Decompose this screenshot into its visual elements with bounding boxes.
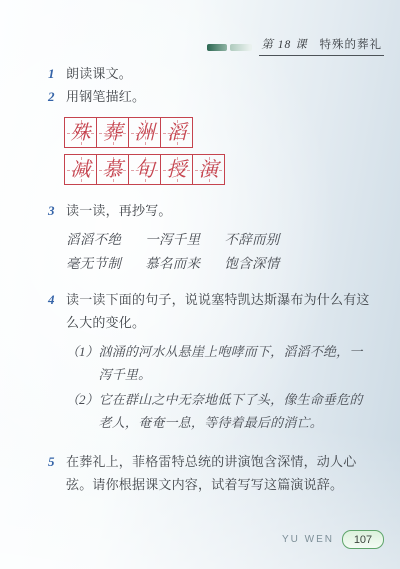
sentence-1-number: （1） — [66, 340, 99, 386]
word-item: 不辞而别 — [224, 228, 279, 252]
exercise-5: 5 在葬礼上，菲格雷特总统的讲演饱含深情，动人心弦。请你根据课文内容，试着写写这… — [48, 450, 380, 496]
tracing-cell: 旬 — [128, 154, 161, 185]
tracing-char: 演 — [199, 160, 219, 180]
tracing-row-1: 殊 葬 洲 滔 — [64, 117, 380, 148]
exercise-2-number: 2 — [48, 85, 66, 108]
tracing-char: 旬 — [135, 160, 155, 180]
word-item: 饱含深情 — [224, 252, 279, 276]
word-list-row-1: 滔滔不绝 一泻千里 不辞而别 — [66, 228, 380, 252]
exercise-list: 1 朗读课文。 2 用钢笔描红。 殊 葬 洲 滔 减 慕 旬 授 演 3 — [48, 62, 380, 496]
sentence-1: （1） 汹涌的河水从悬崖上咆哮而下，滔滔不绝，一泻千里。 — [66, 340, 380, 386]
sentence-2-text: 它在群山之中无奈地低下了头，像生命垂危的老人，奄奄一息，等待着最后的消亡。 — [99, 388, 363, 434]
exercise-3: 3 读一读，再抄写。 — [48, 199, 380, 222]
exercise-1: 1 朗读课文。 — [48, 62, 380, 85]
header-bar-dark — [207, 44, 227, 51]
header-bar-light — [230, 44, 252, 51]
exercise-5-text: 在葬礼上，菲格雷特总统的讲演饱含深情，动人心弦。请你根据课文内容，试着写写这篇演… — [66, 450, 380, 496]
word-item: 一泻千里 — [145, 228, 200, 252]
tracing-char: 殊 — [71, 123, 91, 143]
tracing-char: 滔 — [167, 123, 187, 143]
exercise-3-text: 读一读，再抄写。 — [66, 199, 172, 222]
tracing-cell: 减 — [64, 154, 97, 185]
tracing-row-2: 减 慕 旬 授 演 — [64, 154, 380, 185]
sentence-1-text: 汹涌的河水从悬崖上咆哮而下，滔滔不绝，一泻千里。 — [99, 340, 363, 386]
imprint-label: YU WEN — [282, 534, 334, 545]
exercise-1-number: 1 — [48, 62, 66, 85]
page-footer: YU WEN 107 — [282, 530, 384, 549]
word-list-row-2: 毫无节制 慕名而来 饱含深情 — [66, 252, 380, 276]
tracing-char: 葬 — [103, 123, 123, 143]
tracing-cell: 授 — [160, 154, 193, 185]
tracing-char: 慕 — [103, 160, 123, 180]
exercise-4-number: 4 — [48, 288, 66, 311]
word-item: 滔滔不绝 — [66, 228, 121, 252]
word-item: 毫无节制 — [66, 252, 121, 276]
lesson-number-label: 第 18 课 — [261, 39, 307, 51]
page-number-badge: 107 — [342, 530, 384, 549]
tracing-char: 授 — [167, 160, 187, 180]
word-item: 慕名而来 — [145, 252, 200, 276]
exercise-4-text: 读一读下面的句子，说说塞特凯达斯瀑布为什么有这么大的变化。 — [66, 288, 372, 334]
exercise-5-number: 5 — [48, 450, 66, 473]
tracing-char: 减 — [71, 160, 91, 180]
exercise-2-text: 用钢笔描红。 — [66, 85, 145, 108]
tracing-cell: 洲 — [128, 117, 161, 148]
lesson-title: 特殊的葬礼 — [320, 39, 383, 51]
page-header: 第 18 课 特殊的葬礼 — [207, 36, 384, 56]
tracing-grid: 殊 葬 洲 滔 减 慕 旬 授 演 — [64, 117, 380, 185]
tracing-cell: 慕 — [96, 154, 129, 185]
tracing-cell: 演 — [192, 154, 225, 185]
tracing-char: 洲 — [135, 123, 155, 143]
tracing-cell: 殊 — [64, 117, 97, 148]
tracing-cell: 滔 — [160, 117, 193, 148]
sentence-2-number: （2） — [66, 388, 99, 434]
textbook-page: 第 18 课 特殊的葬礼 1 朗读课文。 2 用钢笔描红。 殊 葬 洲 滔 减 … — [0, 0, 400, 569]
exercise-1-text: 朗读课文。 — [66, 62, 132, 85]
exercise-3-number: 3 — [48, 199, 66, 222]
exercise-2: 2 用钢笔描红。 — [48, 85, 380, 108]
exercise-4: 4 读一读下面的句子，说说塞特凯达斯瀑布为什么有这么大的变化。 — [48, 288, 380, 334]
sentence-2: （2） 它在群山之中无奈地低下了头，像生命垂危的老人，奄奄一息，等待着最后的消亡… — [66, 388, 380, 434]
lesson-heading: 第 18 课 特殊的葬礼 — [259, 36, 384, 56]
tracing-cell: 葬 — [96, 117, 129, 148]
